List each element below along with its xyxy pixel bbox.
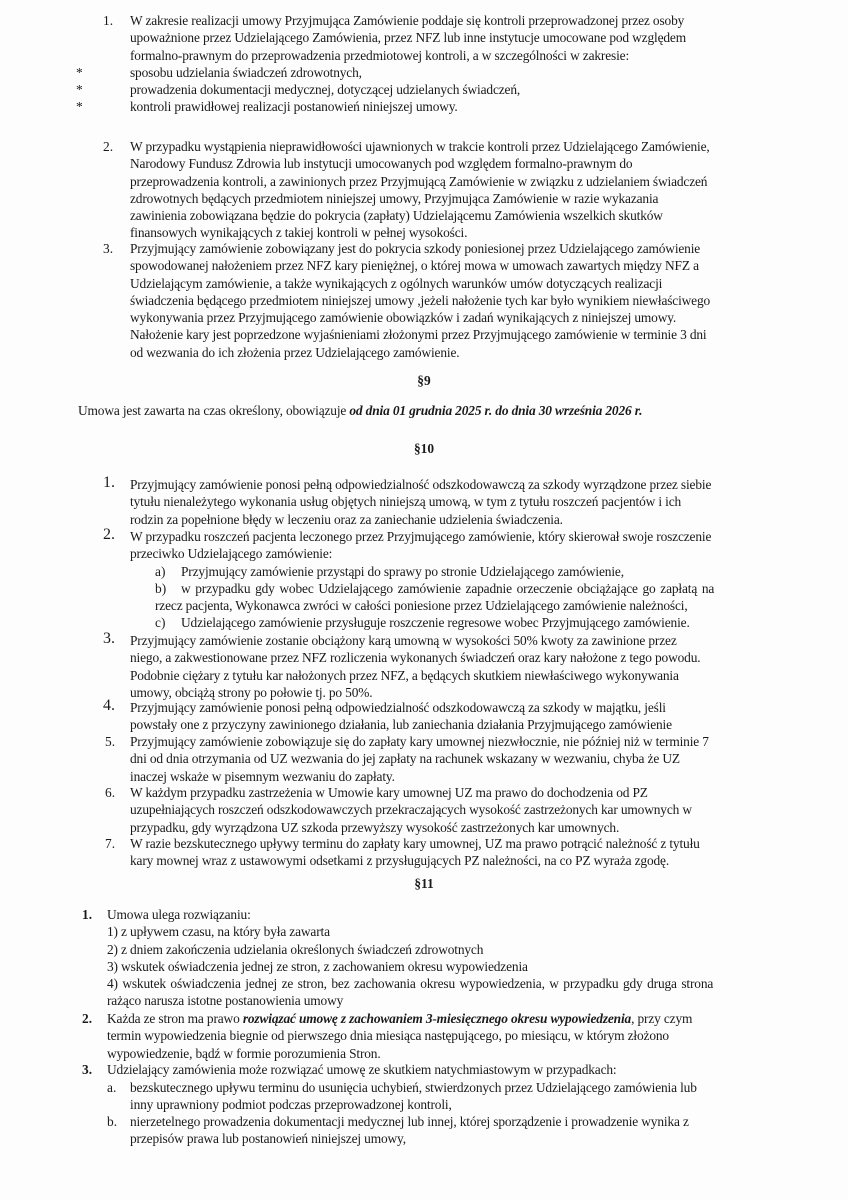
contract-period: od dnia 01 grudnia 2025 r. do dnia 30 wr…: [349, 403, 642, 418]
item-text: W zakresie realizacji umowy Przyjmująca …: [130, 12, 686, 64]
item-text: Przyjmujący zamówienie zobowiązuje się d…: [130, 733, 709, 785]
section11-heading: §11: [0, 876, 848, 892]
subitem-marker: a): [155, 563, 165, 580]
item-text: W przypadku roszczeń pacjenta leczonego …: [130, 528, 711, 563]
section9-heading: §9: [0, 373, 848, 389]
bullet-text: sposobu udzielania świadczeń zdrowotnych…: [130, 64, 362, 81]
item-text: W każdym przypadku zastrzeżenia w Umowie…: [130, 784, 692, 836]
item-text: Umowa ulega rozwiązaniu: 1) z upływem cz…: [107, 906, 713, 1010]
subitem-text: Przyjmujący zamówienie przystąpi do spra…: [181, 563, 624, 580]
item-number: 4.: [103, 697, 115, 714]
subitem-marker: b.: [107, 1113, 117, 1130]
subitem-text: nierzetelnego prowadzenia dokumentacji m…: [130, 1113, 689, 1148]
subitem-text: Udzielającego zamówienie przysługuje ros…: [181, 614, 690, 631]
item-number: 1.: [82, 906, 92, 923]
bullet-marker: *: [76, 81, 83, 98]
item-number: 1.: [103, 474, 115, 491]
item-number: 3.: [82, 1061, 92, 1078]
item-number: 2.: [103, 526, 115, 543]
item-text: Przyjmujący zamówienie zostanie obciążon…: [130, 632, 700, 701]
bullet-text: prowadzenia dokumentacji medycznej, doty…: [130, 81, 520, 98]
item-text: W przypadku wystąpienia nieprawidłowości…: [130, 138, 710, 242]
item-text: Przyjmujący zamówienie ponosi pełną odpo…: [130, 476, 711, 528]
subitem-text: bezskutecznego upływu terminu do usunięc…: [130, 1079, 697, 1114]
item-number: 3.: [103, 630, 115, 647]
subitem-marker: a.: [107, 1079, 116, 1096]
item-number: 3.: [103, 240, 113, 257]
item-text: Każda ze stron ma prawo rozwiązać umowę …: [107, 1010, 692, 1062]
bullet-text: kontroli prawidłowej realizacji postanow…: [130, 98, 458, 115]
item-text: W razie bezskutecznego upływy terminu do…: [130, 835, 700, 870]
subitem-marker: c): [155, 614, 165, 631]
item-number: 7.: [105, 835, 115, 852]
section10-heading: §10: [0, 441, 848, 457]
document-page: 1. W zakresie realizacji umowy Przyjmują…: [0, 0, 848, 1200]
bullet-marker: *: [76, 98, 83, 115]
item-number: 1.: [103, 12, 113, 29]
item-number: 2.: [82, 1010, 92, 1027]
item-number: 2.: [103, 138, 113, 155]
subitem-text: rzecz pacjenta, Wykonawca zwróci w całoś…: [155, 597, 688, 614]
item-text: Przyjmujący zamówienie ponosi pełną odpo…: [130, 699, 672, 734]
section9-text: Umowa jest zawarta na czas określony, ob…: [78, 402, 642, 419]
item-number: 5.: [105, 733, 115, 750]
subitem-text: w przypadku gdy wobec Udzielającego zamó…: [181, 580, 714, 597]
item-text: Przyjmujący zamówienie zobowiązany jest …: [130, 240, 710, 361]
subitem-marker: b): [155, 580, 166, 597]
notice-period: rozwiązać umowę z zachowaniem 3-miesięcz…: [243, 1011, 631, 1026]
bullet-marker: *: [76, 64, 83, 81]
item-text: Udzielający zamówienia może rozwiązać um…: [107, 1061, 617, 1078]
item-number: 6.: [105, 784, 115, 801]
